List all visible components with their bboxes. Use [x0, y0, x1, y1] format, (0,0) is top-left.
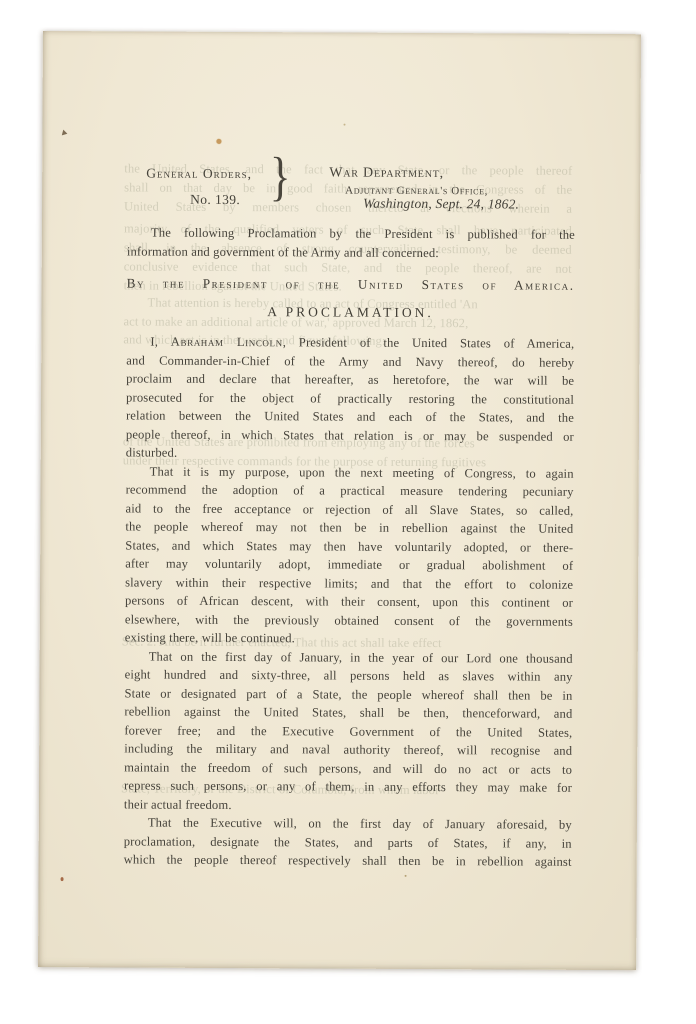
heading-by-the-president: By the President of the United States of… — [127, 275, 575, 295]
text-line: States, and which States may then have v… — [125, 536, 573, 557]
text-line: I, Abraham Lincoln, President of the Uni… — [126, 332, 574, 353]
text-line: proclamation, designate the States, and … — [124, 832, 572, 853]
paper-speck — [344, 124, 346, 126]
general-orders-label: General Orders, — [146, 166, 252, 183]
text-line: elsewhere, with the previously obtained … — [125, 610, 573, 631]
text-line: That the Executive will, on the first da… — [124, 813, 572, 834]
text-line: prosecuted for the object of practically… — [126, 388, 574, 409]
text-line: slavery within their respective limits; … — [125, 573, 573, 594]
text-line: after may voluntarily adopt, immediate o… — [125, 554, 573, 575]
paragraph-4: That the Executive will, on the first da… — [124, 813, 572, 871]
text-line: State or designated part of a State, the… — [124, 684, 572, 705]
text-line: which the people thereof respectively sh… — [124, 850, 572, 871]
text-line: including the military and naval authori… — [124, 739, 572, 760]
scan-background: the United States, and the fact that any… — [0, 0, 696, 1024]
text-line: relation between the United States and e… — [126, 406, 574, 427]
text-line: persons of African descent, with their c… — [125, 591, 573, 612]
lincoln-name: Abraham Lincoln — [171, 335, 283, 350]
text-line: their actual freedom. — [124, 795, 572, 816]
intro-paragraph: The following Proclamation by the Presid… — [127, 223, 575, 262]
document-page: the United States, and the fact that any… — [38, 31, 641, 970]
text-line: the people whereof may not then be in re… — [125, 517, 573, 538]
war-department-line: War Department, — [329, 166, 444, 183]
text-line: The following Proclamation by the Presid… — [127, 223, 575, 244]
paragraph-3: That on the first day of January, in the… — [124, 647, 573, 816]
paper-speck — [405, 875, 407, 877]
text-line: maintain the freedom of such persons, an… — [124, 758, 572, 779]
text-line: proclaim and declare that hereafter, as … — [126, 369, 574, 390]
dateline: Washington, Sept. 24, 1862. — [363, 196, 519, 213]
text-line: recommend the adoption of a practical me… — [126, 480, 574, 501]
text-line: That it is my purpose, upon the next mee… — [126, 462, 574, 483]
text-line: eight hundred and sixty-three, all perso… — [125, 665, 573, 686]
text-line: people thereof, in which States that rel… — [126, 425, 574, 446]
paragraph-1: I, Abraham Lincoln, President of the Uni… — [126, 332, 575, 464]
foxing-spot — [216, 139, 221, 144]
paragraph-2: That it is my purpose, upon the next mee… — [125, 462, 574, 649]
orders-number: No. 139. — [190, 192, 240, 208]
brace-glyph: } — [270, 149, 291, 203]
foxing-spot — [61, 877, 64, 881]
heading-a-proclamation: A PROCLAMATION. — [126, 303, 574, 324]
text-line: repress such persons, or any of them, in… — [124, 776, 572, 797]
text-line: That on the first day of January, in the… — [125, 647, 573, 668]
opening-post: , President of the United States of Amer… — [283, 335, 575, 351]
text-line: rebellion against the United States, sha… — [124, 702, 572, 723]
text-line: disturbed. — [126, 443, 574, 464]
text-line: and Commander-in-Chief of the Army and N… — [126, 351, 574, 372]
opening-pre: I, — [150, 335, 171, 349]
text-line: aid to the free acceptance or rejection … — [125, 499, 573, 520]
text-line: existing there, will be continued. — [125, 628, 573, 649]
ink-mark — [62, 130, 68, 137]
body-column: The following Proclamation by the Presid… — [124, 223, 575, 871]
text-line: information and government of the Army a… — [127, 242, 575, 263]
text-line: forever free; and the Executive Governme… — [124, 721, 572, 742]
